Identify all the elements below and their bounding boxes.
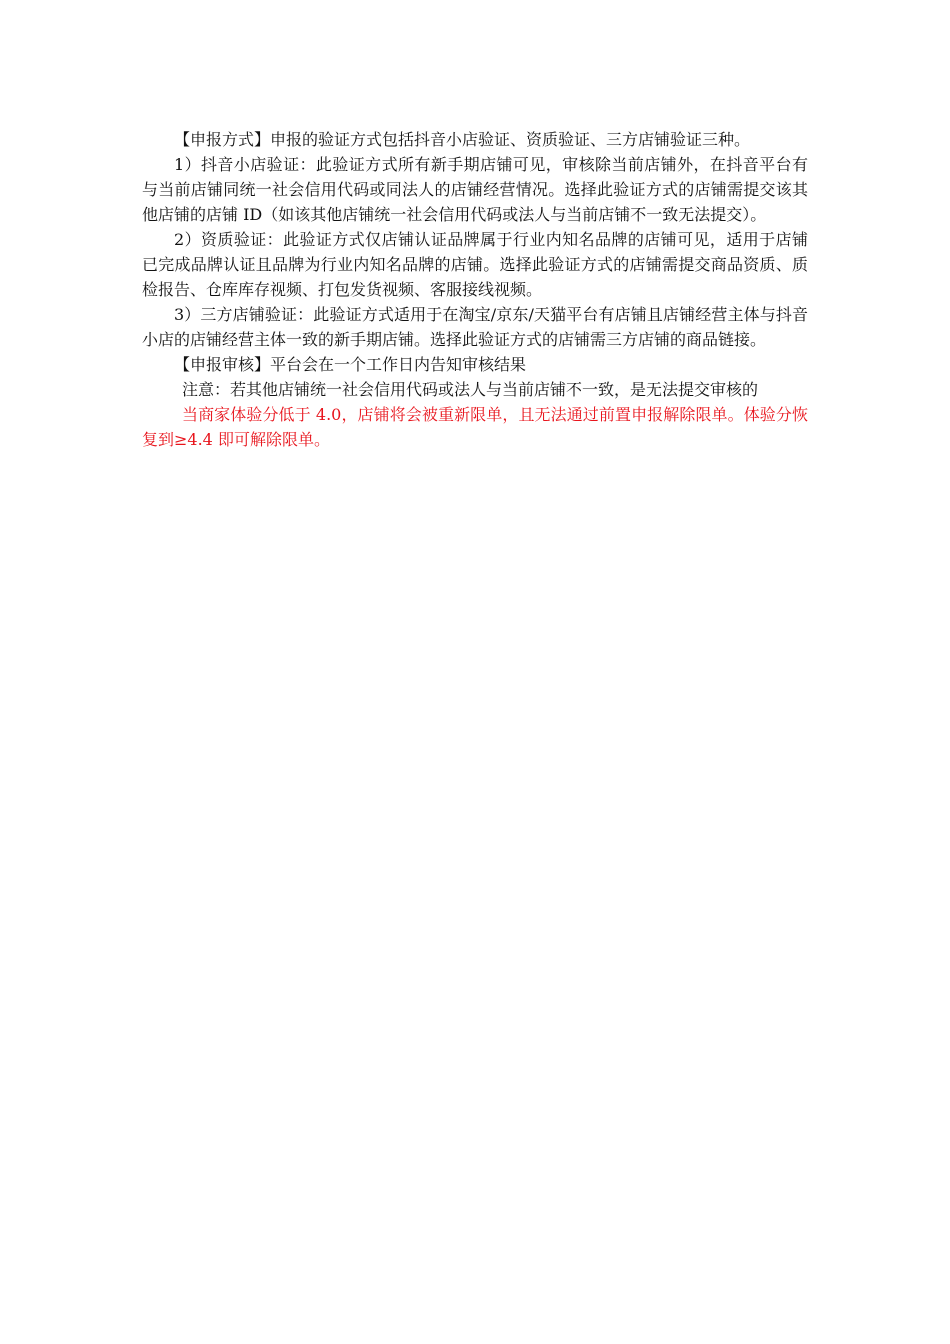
paragraph-method-douyin-store: 1）抖音小店验证：此验证方式所有新手期店铺可见，审核除当前店铺外，在抖音平台有与…	[142, 152, 808, 227]
document-page: 【申报方式】申报的验证方式包括抖音小店验证、资质验证、三方店铺验证三种。 1）抖…	[142, 127, 808, 452]
paragraph-declare-method: 【申报方式】申报的验证方式包括抖音小店验证、资质验证、三方店铺验证三种。	[142, 127, 808, 152]
paragraph-warning: 当商家体验分低于 4.0，店铺将会被重新限单，且无法通过前置申报解除限单。体验分…	[142, 402, 808, 452]
paragraph-declare-review: 【申报审核】平台会在一个工作日内告知审核结果	[142, 352, 808, 377]
paragraph-method-third-party-store: 3）三方店铺验证：此验证方式适用于在淘宝/京东/天猫平台有店铺且店铺经营主体与抖…	[142, 302, 808, 352]
paragraph-note: 注意：若其他店铺统一社会信用代码或法人与当前店铺不一致，是无法提交审核的	[142, 377, 808, 402]
paragraph-method-qualification: 2）资质验证：此验证方式仅店铺认证品牌属于行业内知名品牌的店铺可见，适用于店铺已…	[142, 227, 808, 302]
